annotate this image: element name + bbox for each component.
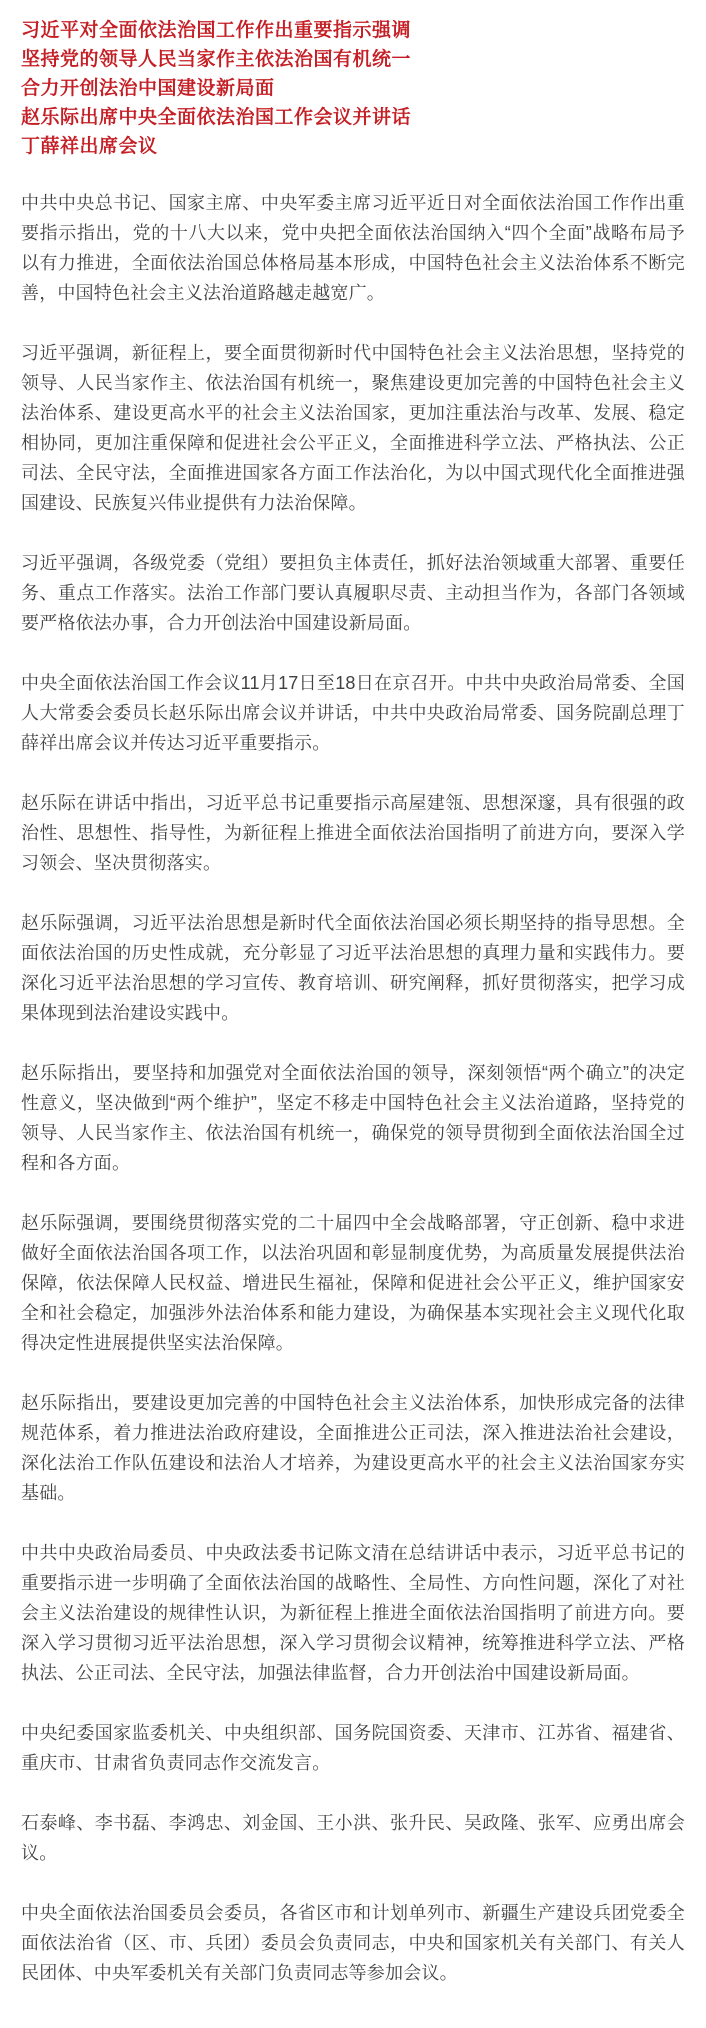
title-line-5: 丁薛祥出席会议 bbox=[21, 132, 685, 161]
article-page: 习近平对全面依法治国工作作出重要指示强调 坚持党的领导人民当家作主依法治国有机统… bbox=[0, 0, 706, 2028]
paragraph: 石泰峰、李书磊、李鸿忠、刘金国、王小洪、张升民、吴政隆、张军、应勇出席会议。 bbox=[21, 1808, 685, 1868]
paragraph: 中央全面依法治国工作会议11月17日至18日在京召开。中共中央政治局常委、全国人… bbox=[21, 668, 685, 758]
paragraph: 中共中央总书记、国家主席、中央军委主席习近平近日对全面依法治国工作作出重要指示指… bbox=[21, 188, 685, 308]
title-line-1: 习近平对全面依法治国工作作出重要指示强调 bbox=[21, 16, 685, 45]
title-line-2: 坚持党的领导人民当家作主依法治国有机统一 bbox=[21, 45, 685, 74]
paragraph: 赵乐际强调，习近平法治思想是新时代全面依法治国必须长期坚持的指导思想。全面依法治… bbox=[21, 908, 685, 1028]
paragraph: 习近平强调，新征程上，要全面贯彻新时代中国特色社会主义法治思想，坚持党的领导、人… bbox=[21, 338, 685, 518]
article-title: 习近平对全面依法治国工作作出重要指示强调 坚持党的领导人民当家作主依法治国有机统… bbox=[21, 16, 685, 161]
title-line-3: 合力开创法治中国建设新局面 bbox=[21, 74, 685, 103]
paragraph: 赵乐际指出，要坚持和加强党对全面依法治国的领导，深刻领悟“两个确立”的决定性意义… bbox=[21, 1058, 685, 1178]
paragraph: 赵乐际指出，要建设更加完善的中国特色社会主义法治体系，加快形成完备的法律规范体系… bbox=[21, 1388, 685, 1508]
article-body: 中共中央总书记、国家主席、中央军委主席习近平近日对全面依法治国工作作出重要指示指… bbox=[21, 188, 685, 1988]
paragraph: 中央纪委国家监委机关、中央组织部、国务院国资委、天津市、江苏省、福建省、重庆市、… bbox=[21, 1718, 685, 1778]
paragraph: 习近平强调，各级党委（党组）要担负主体责任，抓好法治领域重大部署、重要任务、重点… bbox=[21, 548, 685, 638]
paragraph: 中共中央政治局委员、中央政法委书记陈文清在总结讲话中表示，习近平总书记的重要指示… bbox=[21, 1538, 685, 1688]
paragraph: 赵乐际强调，要围绕贯彻落实党的二十届四中全会战略部署，守正创新、稳中求进做好全面… bbox=[21, 1208, 685, 1358]
title-line-4: 赵乐际出席中央全面依法治国工作会议并讲话 bbox=[21, 103, 685, 132]
paragraph: 赵乐际在讲话中指出，习近平总书记重要指示高屋建瓴、思想深邃，具有很强的政治性、思… bbox=[21, 788, 685, 878]
paragraph: 中央全面依法治国委员会委员，各省区市和计划单列市、新疆生产建设兵团党委全面依法治… bbox=[21, 1898, 685, 1988]
